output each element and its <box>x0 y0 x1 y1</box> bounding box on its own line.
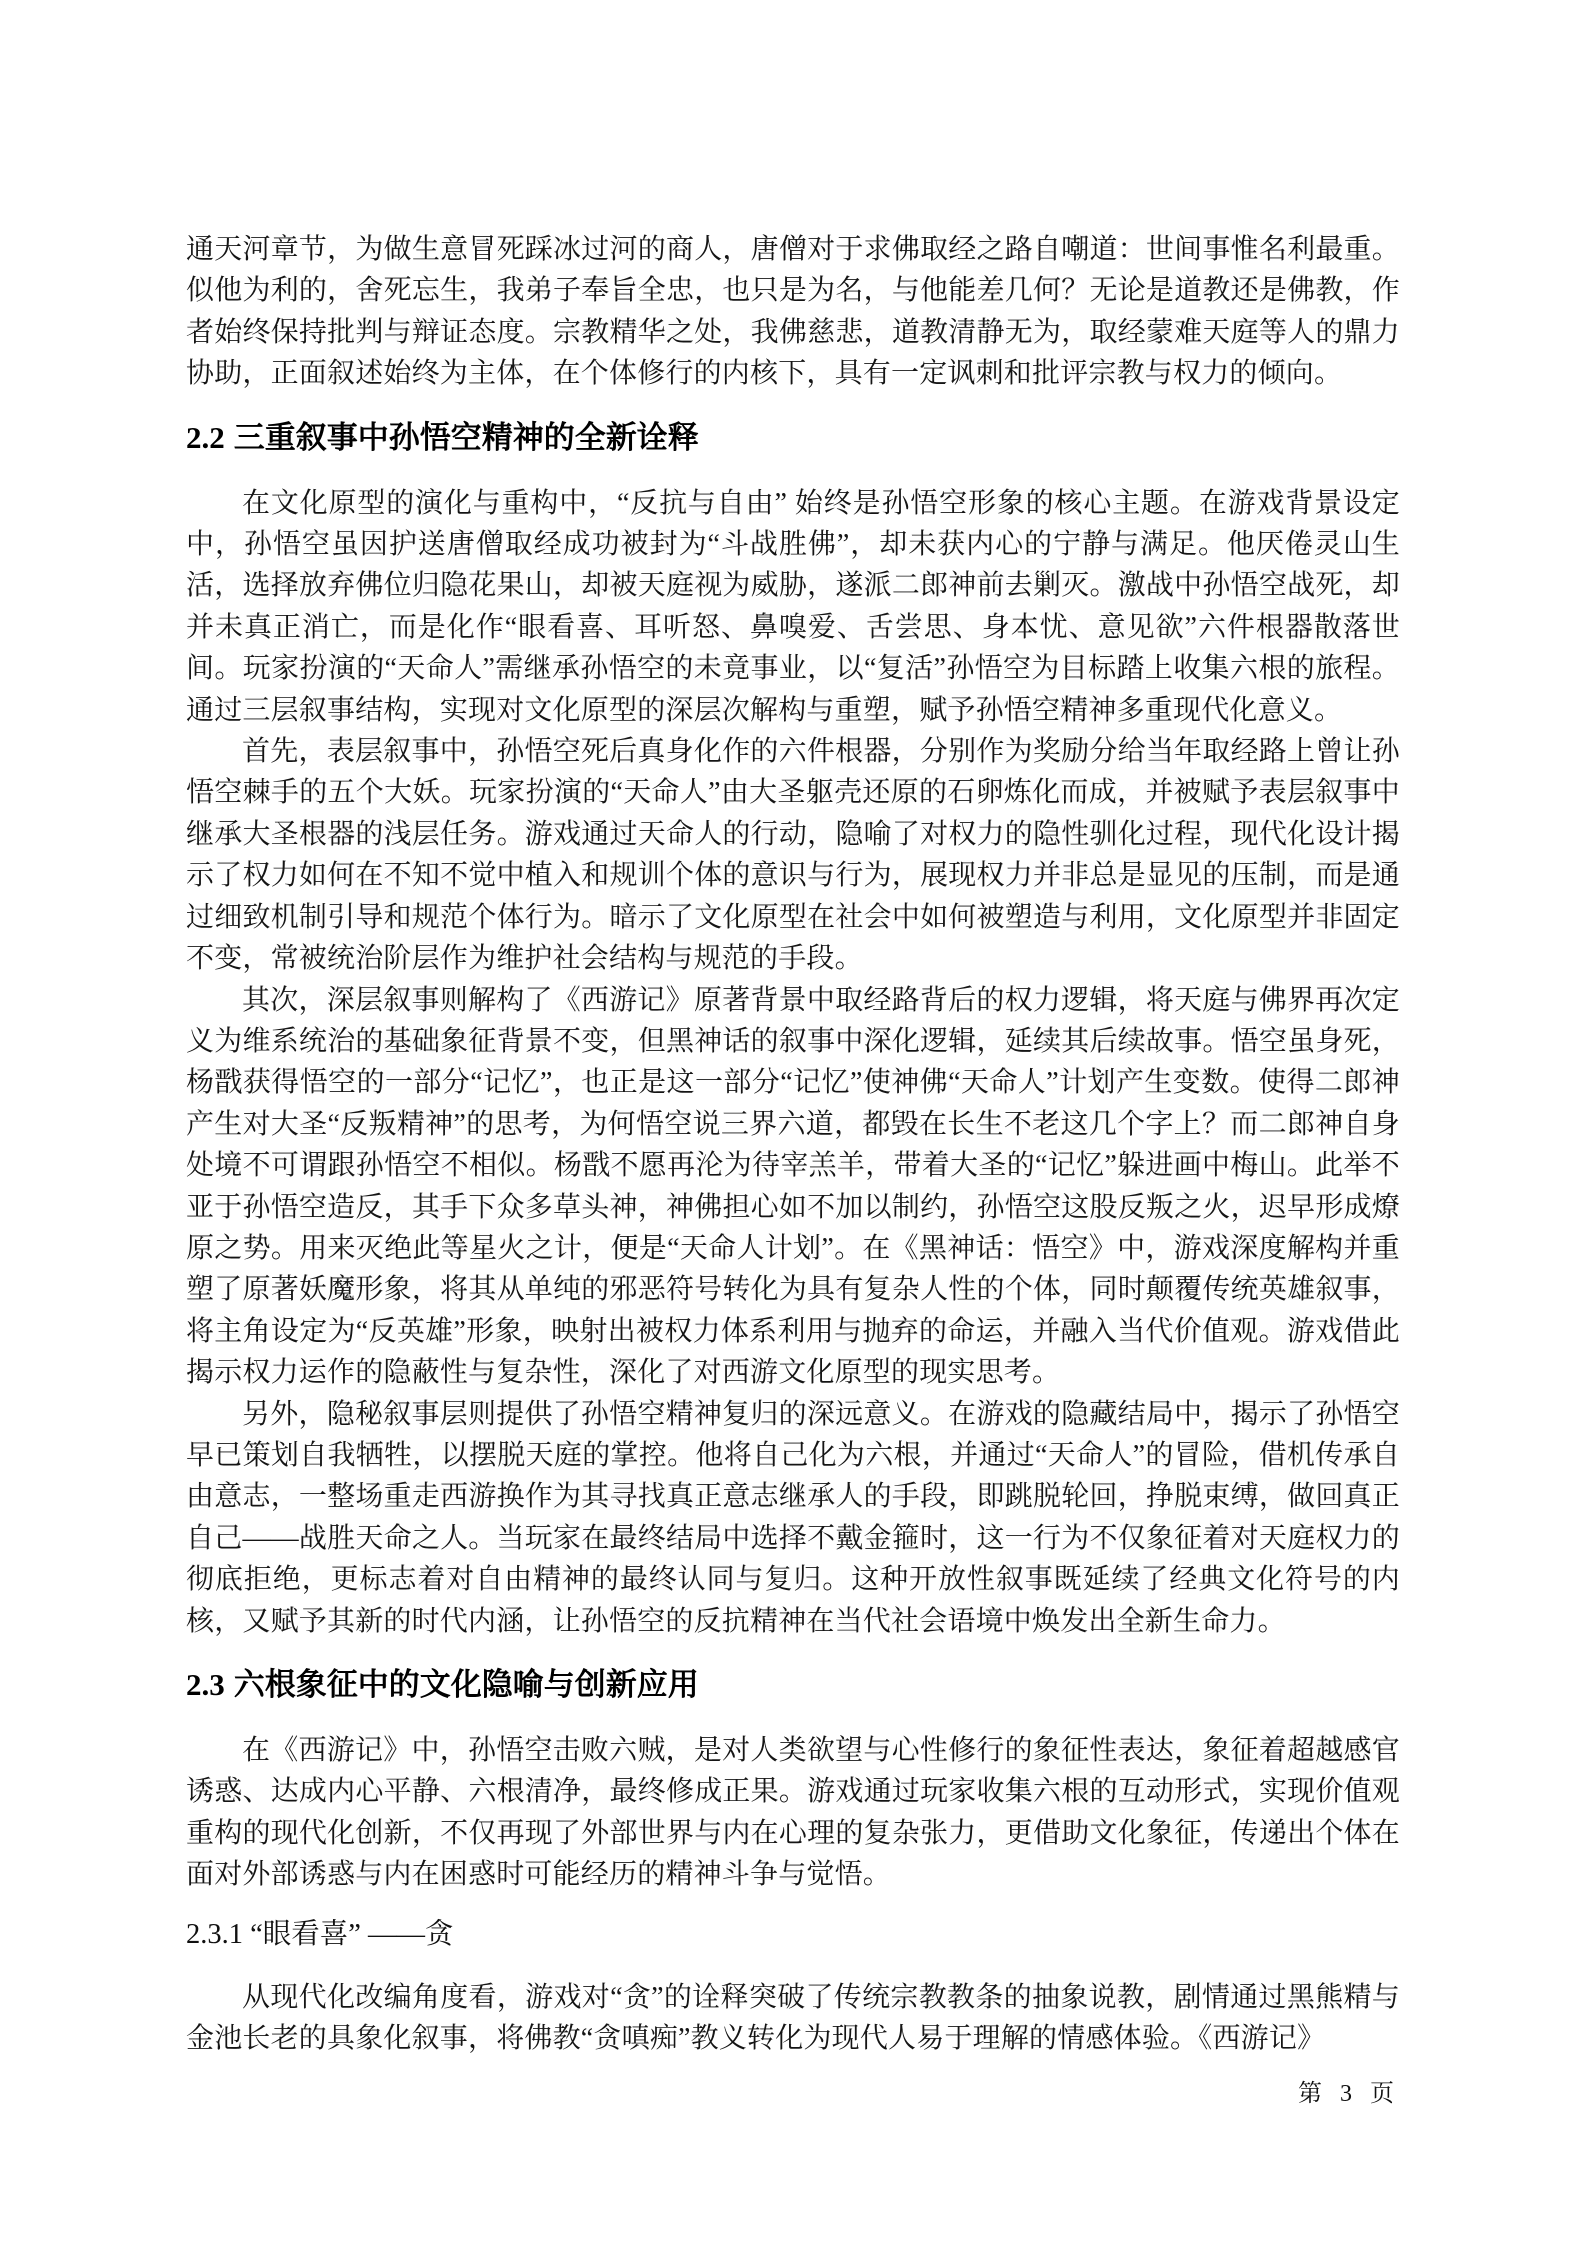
paragraph-deep-narrative: 其次，深层叙事则解构了《西游记》原著背景中取经路背后的权力逻辑，将天庭与佛界再次… <box>186 980 1400 1394</box>
page-footer: 第 3 页 <box>186 2079 1400 2109</box>
document-content: 通天河章节，为做生意冒死踩冰过河的商人，唐僧对于求佛取经之路自嘲道：世间事惟名利… <box>186 229 1400 2060</box>
paragraph-surface-narrative: 首先，表层叙事中，孙悟空死后真身化作的六件根器，分别作为奖励分给当年取经路上曾让… <box>186 731 1400 979</box>
heading-2-3: 2.3六根象征中的文化隐喻与创新应用 <box>186 1664 1400 1706</box>
paragraph-six-roots-symbolism: 在《西游记》中，孙悟空击败六贼，是对人类欲望与心性修行的象征性表达，象征着超越感… <box>186 1730 1400 1896</box>
heading-2-3-title: 六根象征中的文化隐喻与创新应用 <box>234 1667 699 1702</box>
page-number-label: 第 3 页 <box>1298 2081 1400 2107</box>
paragraph-greed-interpretation: 从现代化改编角度看，游戏对“贪”的诠释突破了传统宗教教条的抽象说教，剧情通过黑熊… <box>186 1977 1400 2060</box>
subheading-2-3-1: 2.3.1 “眼看喜” ——贪 <box>186 1914 1400 1955</box>
heading-2-3-number: 2.3 <box>186 1667 225 1702</box>
heading-2-2: 2.2三重叙事中孙悟空精神的全新诠释 <box>186 417 1400 459</box>
heading-2-2-title: 三重叙事中孙悟空精神的全新诠释 <box>234 420 699 455</box>
paragraph-religion-critique: 通天河章节，为做生意冒死踩冰过河的商人，唐僧对于求佛取经之路自嘲道：世间事惟名利… <box>186 229 1400 395</box>
paragraph-cultural-archetype: 在文化原型的演化与重构中，“反抗与自由” 始终是孙悟空形象的核心主题。在游戏背景… <box>186 483 1400 731</box>
paragraph-hidden-narrative: 另外，隐秘叙事层则提供了孙悟空精神复归的深远意义。在游戏的隐藏结局中，揭示了孙悟… <box>186 1394 1400 1642</box>
document-page: 通天河章节，为做生意冒死踩冰过河的商人，唐僧对于求佛取经之路自嘲道：世间事惟名利… <box>0 0 1586 2245</box>
heading-2-2-number: 2.2 <box>186 420 225 455</box>
